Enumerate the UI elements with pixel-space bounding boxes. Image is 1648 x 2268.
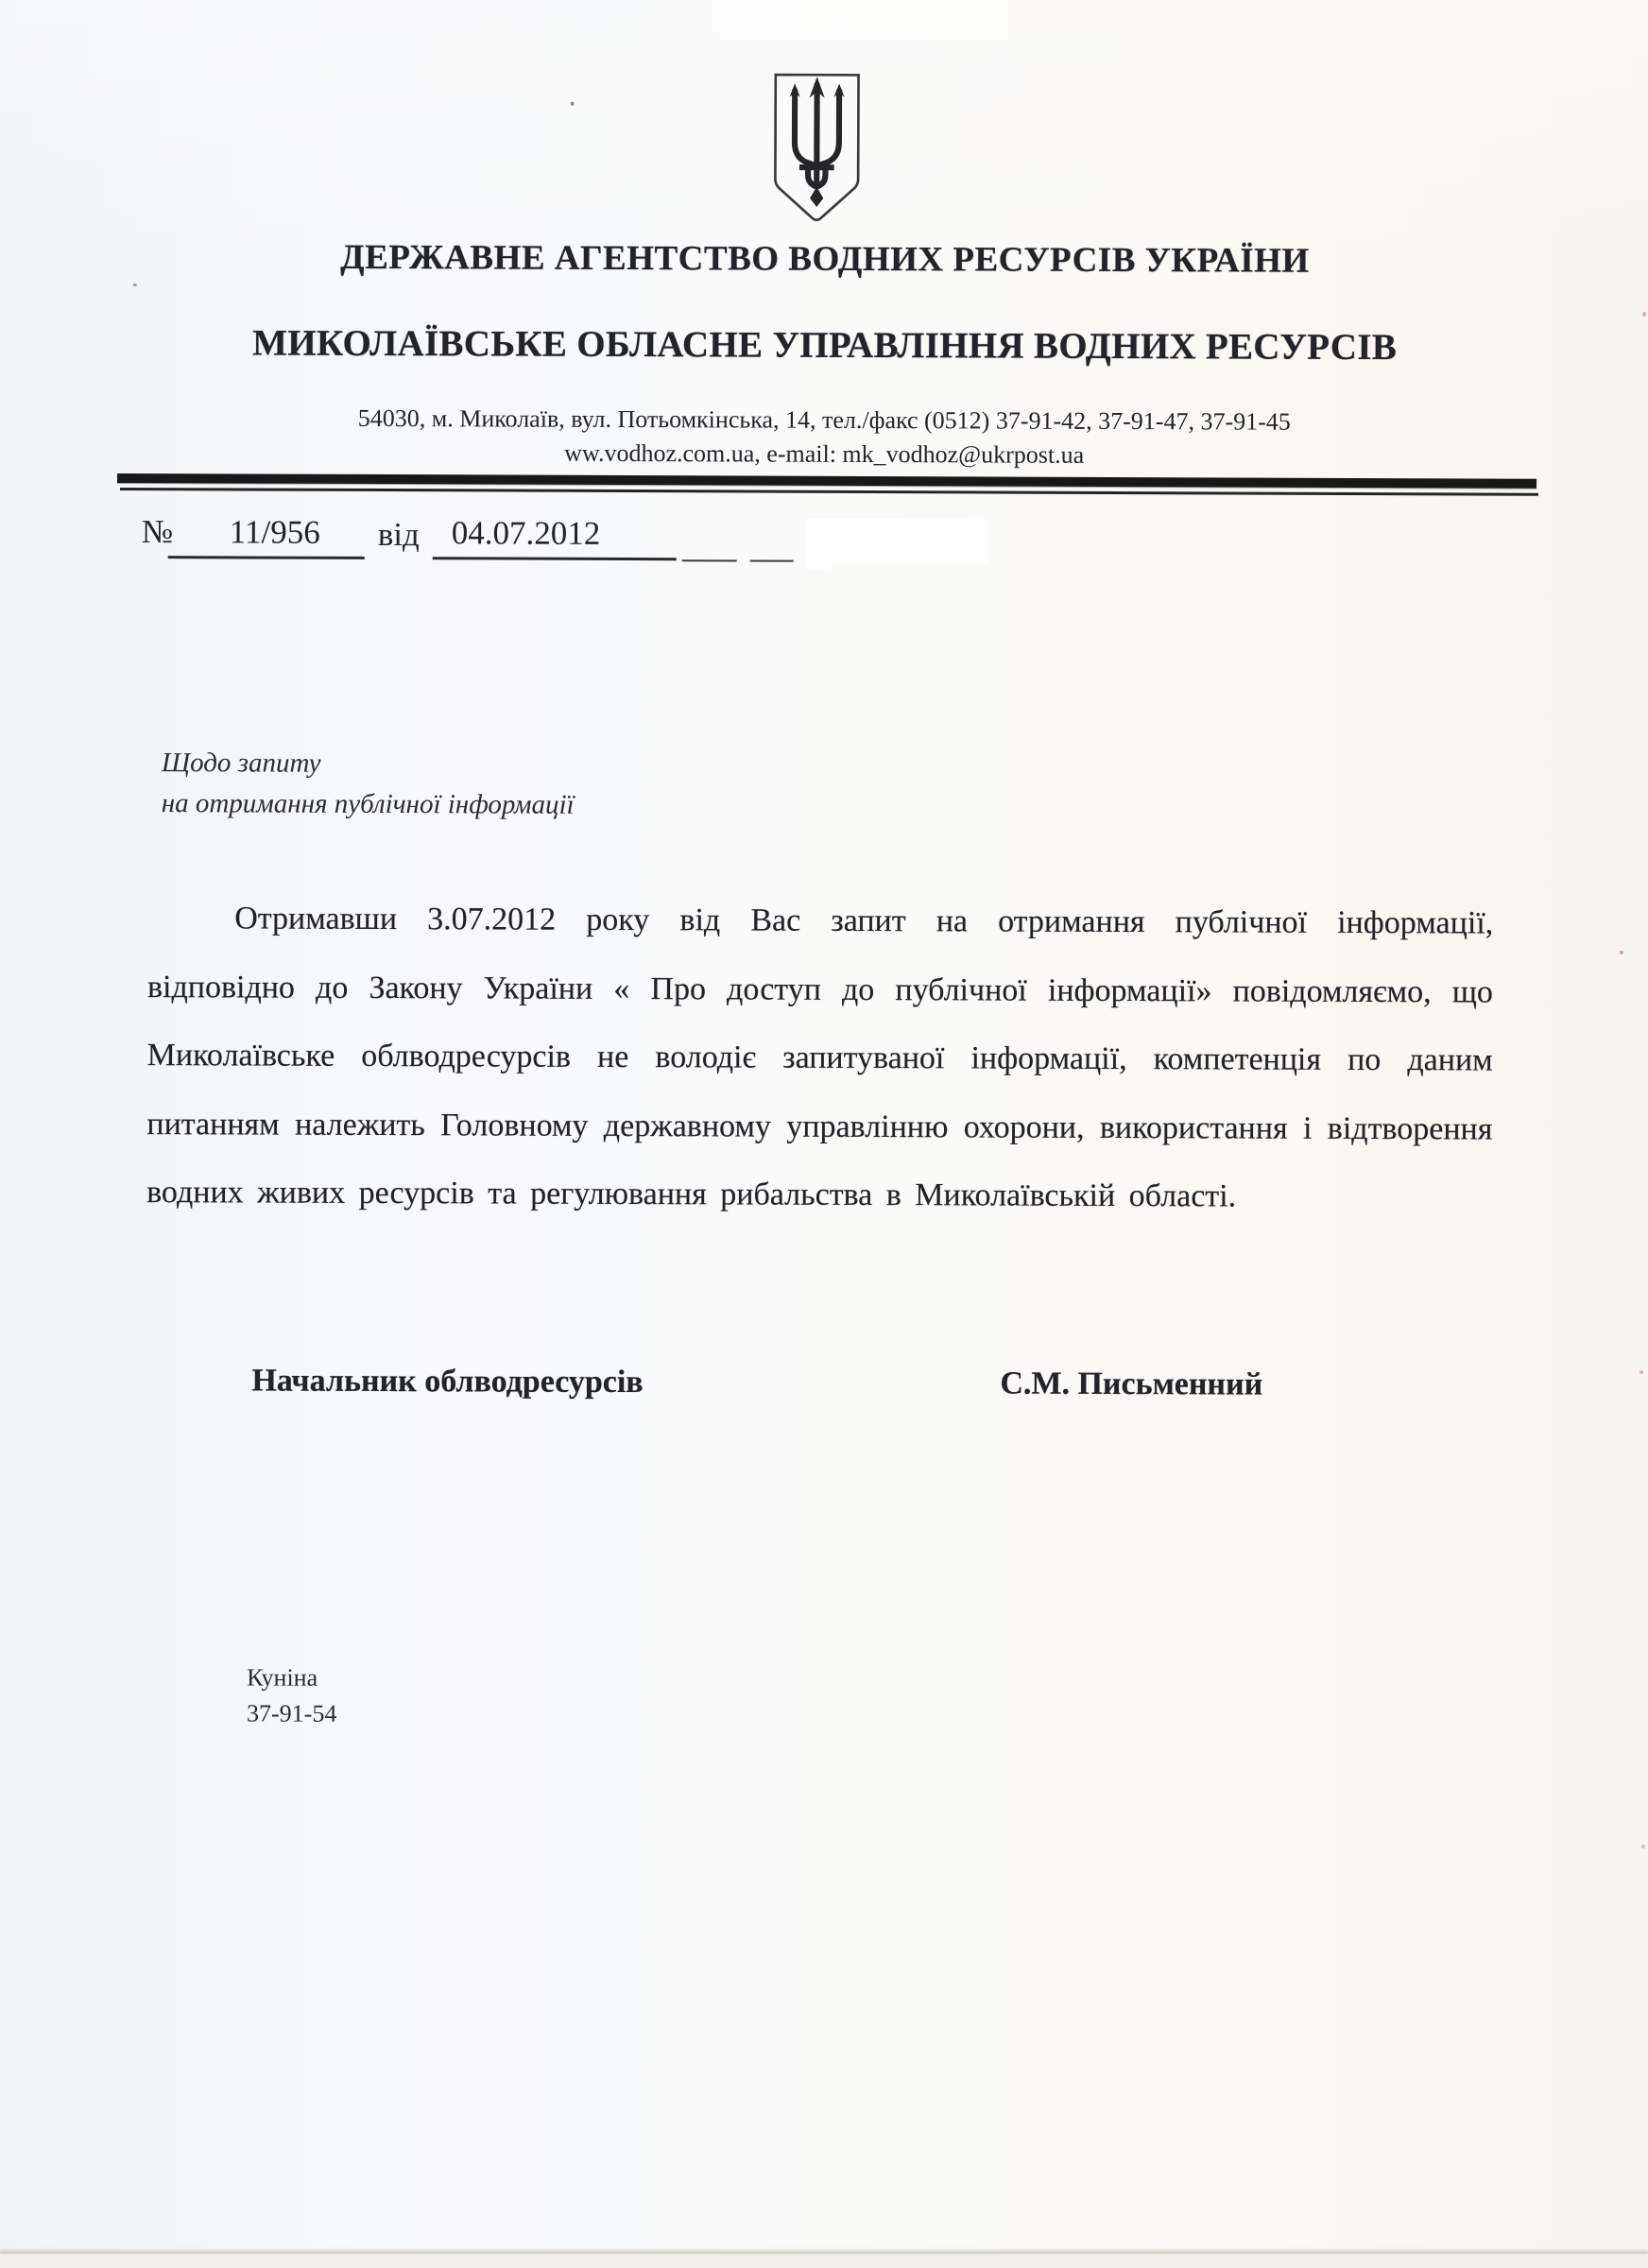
executor-name: Куніна — [247, 1659, 336, 1695]
redaction-box-tab — [807, 560, 832, 569]
scanned-letter-page: ДЕРЖАВНЕ АГЕНТСТВО ВОДНИХ РЕСУРСІВ УКРАЇ… — [0, 0, 1648, 2268]
body-paragraph: Отримавши 3.07.2012 року від Вас запит н… — [146, 885, 1493, 1232]
contact-line: ww.vodhoz.com.ua, e-mail: mk_vodhoz@ukrp… — [0, 437, 1648, 472]
executor-block: Куніна 37-91-54 — [247, 1659, 337, 1731]
ref-underline — [682, 559, 737, 561]
header-divider-thick — [117, 473, 1536, 489]
letter-content: ДЕРЖАВНЕ АГЕНТСТВО ВОДНИХ РЕСУРСІВ УКРАЇ… — [0, 0, 1648, 2268]
scan-speck — [1639, 1370, 1643, 1374]
department-name: МИКОЛАЇВСЬКЕ ОБЛАСНЕ УПРАВЛІННЯ ВОДНИХ Р… — [1, 320, 1648, 369]
agency-name: ДЕРЖАВНЕ АГЕНТСТВО ВОДНИХ РЕСУРСІВ УКРАЇ… — [1, 235, 1648, 283]
signatory-title: Начальник облводресурсів — [251, 1363, 643, 1400]
body-paragraph-container: Отримавши 3.07.2012 року від Вас запит н… — [146, 885, 1493, 1232]
trident-emblem-icon — [768, 71, 866, 226]
scan-speck — [1620, 951, 1623, 954]
scan-speck — [571, 102, 575, 106]
ref-date-value: 04.07.2012 — [452, 514, 601, 553]
subject-line-1: Щодо запиту — [162, 743, 575, 785]
paper-bottom-edge — [0, 2252, 1648, 2268]
subject-line-2: на отримання публічної інформації — [162, 783, 575, 826]
ref-underline — [433, 557, 677, 560]
scan-speck — [1642, 312, 1646, 317]
scan-speck — [1641, 1845, 1645, 1848]
ref-underline — [750, 560, 794, 562]
ref-number-value: 11/956 — [230, 513, 320, 551]
ref-date-label: від — [378, 516, 420, 554]
ref-number-label: № — [142, 513, 174, 551]
scan-speck — [133, 283, 137, 286]
address-line: 54030, м. Миколаїв, вул. Потьомкінська, … — [0, 403, 1648, 438]
redaction-box — [807, 519, 988, 563]
executor-phone: 37-91-54 — [247, 1695, 336, 1731]
header-divider-thin — [120, 488, 1538, 496]
subject-block: Щодо запиту на отримання публічної інфор… — [162, 743, 575, 826]
signatory-name: С.М. Письменний — [1000, 1366, 1262, 1403]
ref-underline — [168, 556, 365, 559]
